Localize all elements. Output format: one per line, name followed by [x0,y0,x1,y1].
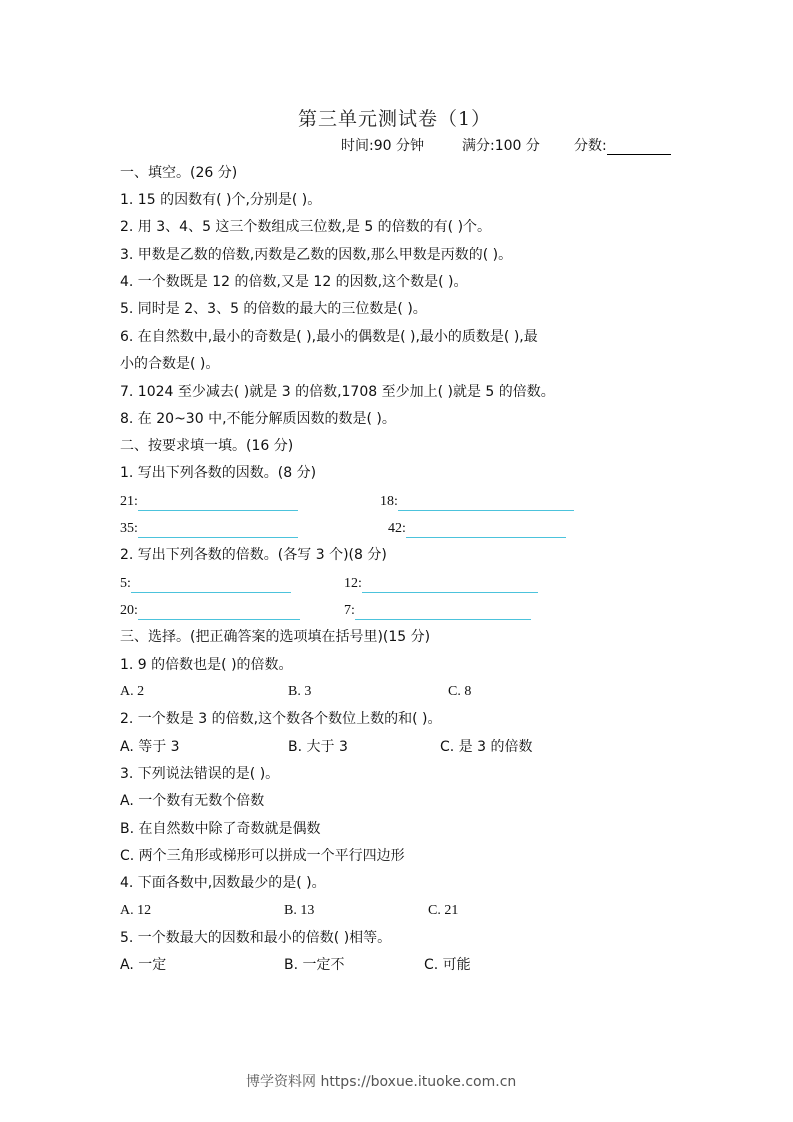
multiple-field-12[interactable]: 12: [344,574,538,593]
page-title: 第三单元测试卷（1） [298,104,491,131]
s3-question-5: 5. 一个数最大的因数和最小的倍数( )相等。 [120,929,391,947]
s3-q1-option-c[interactable]: C. 8 [448,683,471,701]
s3-q3-option-c[interactable]: C. 两个三角形或梯形可以拼成一个平行四边形 [120,847,405,865]
s3-question-2: 2. 一个数是 3 的倍数,这个数各个数位上数的和( )。 [120,710,441,728]
multiple-label: 20: [120,603,138,618]
s3-q5-option-a[interactable]: A. 一定 [120,956,166,974]
s3-q1-option-a[interactable]: A. 2 [120,683,144,701]
s3-question-4: 4. 下面各数中,因数最少的是( )。 [120,874,326,892]
factor-field-35[interactable]: 35: [120,519,298,538]
s3-q4-option-c[interactable]: C. 21 [428,902,458,920]
multiple-field-7[interactable]: 7: [344,601,531,620]
multiple-answer-line[interactable] [362,576,538,593]
s3-q1-option-b[interactable]: B. 3 [288,683,311,701]
multiple-answer-line[interactable] [138,603,300,620]
multiple-field-20[interactable]: 20: [120,601,300,620]
section-1-heading: 一、填空。(26 分) [120,164,237,182]
s3-q2-option-a[interactable]: A. 等于 3 [120,738,180,756]
factor-answer-line[interactable] [138,494,298,511]
s1-question-6-line-1: 6. 在自然数中,最小的奇数是( ),最小的偶数是( ),最小的质数是( ),最 [120,328,538,346]
multiple-field-5[interactable]: 5: [120,574,291,593]
factor-answer-line[interactable] [406,521,566,538]
s1-question-5: 5. 同时是 2、3、5 的倍数的最大的三位数是( )。 [120,300,427,318]
s1-question-1: 1. 15 的因数有( )个,分别是( )。 [120,191,321,209]
multiple-label: 7: [344,603,355,618]
s3-q4-option-a[interactable]: A. 12 [120,902,151,920]
s3-question-1: 1. 9 的倍数也是( )的倍数。 [120,656,293,674]
factor-field-18[interactable]: 18: [380,492,574,511]
s3-q3-option-b[interactable]: B. 在自然数中除了奇数就是偶数 [120,820,321,838]
factor-label: 42: [388,521,406,536]
multiple-label: 12: [344,576,362,591]
factor-label: 35: [120,521,138,536]
factor-answer-line[interactable] [398,494,574,511]
s3-q2-option-b[interactable]: B. 大于 3 [288,738,348,756]
factor-field-42[interactable]: 42: [388,519,566,538]
s1-question-2: 2. 用 3、4、5 这三个数组成三位数,是 5 的倍数的有( )个。 [120,218,491,236]
multiple-answer-line[interactable] [131,576,291,593]
s2-sub-2: 2. 写出下列各数的倍数。(各写 3 个)(8 分) [120,546,387,564]
multiple-answer-line[interactable] [355,603,531,620]
s1-question-3: 3. 甲数是乙数的倍数,丙数是乙数的因数,那么甲数是丙数的( )。 [120,246,512,264]
s2-sub-1: 1. 写出下列各数的因数。(8 分) [120,464,316,482]
time-label: 时间:90 分钟 [341,137,424,155]
factor-field-21[interactable]: 21: [120,492,298,511]
s1-question-6-line-2: 小的合数是( )。 [120,355,219,373]
s1-question-7: 7. 1024 至少减去( )就是 3 的倍数,1708 至少加上( )就是 5… [120,383,555,401]
s3-q5-option-c[interactable]: C. 可能 [424,956,471,974]
s1-question-8: 8. 在 20~30 中,不能分解质因数的数是( )。 [120,410,396,428]
factor-label: 21: [120,494,138,509]
factor-label: 18: [380,494,398,509]
score-label: 分数: [574,138,607,154]
s3-q4-option-b[interactable]: B. 13 [284,902,314,920]
s3-question-3: 3. 下列说法错误的是( )。 [120,765,279,783]
score-field[interactable]: 分数: [574,137,671,155]
s3-q2-option-c[interactable]: C. 是 3 的倍数 [440,738,532,756]
factor-answer-line[interactable] [138,521,298,538]
full-score-label: 满分:100 分 [462,137,540,155]
score-blank-line[interactable] [607,138,671,155]
s3-q5-option-b[interactable]: B. 一定不 [284,956,345,974]
s1-question-4: 4. 一个数既是 12 的倍数,又是 12 的因数,这个数是( )。 [120,273,468,291]
footer-watermark: 博学资料网 https://boxue.ituoke.com.cn [246,1071,516,1091]
multiple-label: 5: [120,576,131,591]
s3-q3-option-a[interactable]: A. 一个数有无数个倍数 [120,792,264,810]
section-2-heading: 二、按要求填一填。(16 分) [120,437,293,455]
section-3-heading: 三、选择。(把正确答案的选项填在括号里)(15 分) [120,628,430,646]
